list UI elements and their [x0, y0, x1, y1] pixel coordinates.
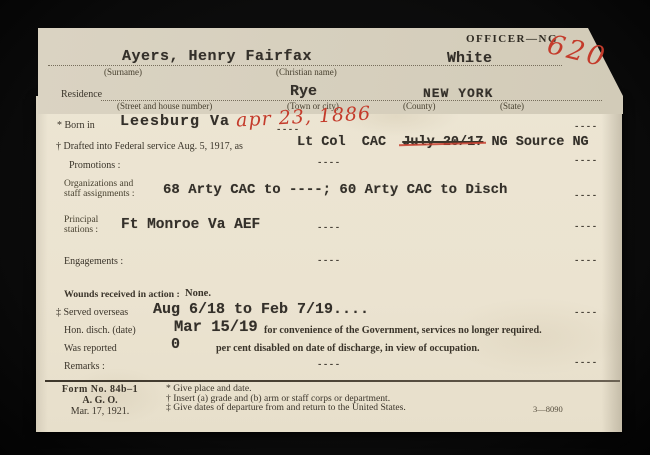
residence-label: Residence — [61, 89, 102, 100]
born-in-place-value: Leesburg Va — [120, 113, 230, 130]
engagements-label: Engagements : — [64, 256, 123, 267]
dash-mark: ---- — [574, 256, 598, 266]
race-value: White — [447, 50, 492, 67]
street-label: (Street and house number) — [117, 101, 212, 111]
christian-name-label: (Christian name) — [276, 67, 337, 77]
principal-stations-label-line1: Principal — [64, 215, 98, 225]
served-overseas-label: ‡ Served overseas — [56, 307, 128, 318]
drafted-grade: Lt Col CAC — [297, 135, 402, 150]
dash-mark: ---- — [574, 222, 598, 232]
dash-mark: ---- — [317, 223, 341, 233]
dash-mark: ---- — [574, 308, 598, 318]
dash-mark: ---- — [574, 156, 598, 166]
wounds-label: Wounds received in action : — [64, 289, 180, 300]
served-overseas-value: Aug 6/18 to Feb 7/19.... — [153, 301, 369, 318]
dash-mark: ---- — [574, 122, 598, 132]
residence-town-value: Rye — [290, 83, 317, 100]
county-label: (County) — [403, 101, 436, 111]
organizations-value: 68 Arty CAC to ----; 60 Arty CAC to Disc… — [163, 182, 507, 198]
surname-label: (Surname) — [104, 67, 142, 77]
form-date: Mar. 17, 1921. — [48, 406, 152, 417]
born-in-label: * Born in — [57, 120, 95, 131]
drafted-value: Lt Col CAC July 20/17 NG Source NG — [297, 135, 589, 150]
classification-heading: OFFICER—NG — [466, 33, 558, 45]
remarks-label: Remarks : — [64, 361, 105, 372]
drafted-source: NG Source NG — [483, 135, 588, 150]
organizations-label-line1: Organizations and — [64, 179, 133, 189]
principal-stations-label-line2: stations : — [64, 225, 98, 235]
organizations-label-line2: staff assignments : — [64, 189, 135, 199]
name-value: Ayers, Henry Fairfax — [122, 48, 312, 65]
dash-mark: ---- — [276, 125, 300, 135]
wounds-value: None. — [185, 288, 211, 299]
footnote-3: ‡ Give dates of departure from and retur… — [166, 402, 406, 413]
was-reported-value: 0 — [171, 336, 180, 353]
dash-mark: ---- — [317, 256, 341, 266]
scanned-service-card-photo: OFFICER—NG Ayers, Henry Fairfax White 62… — [0, 0, 650, 455]
dash-mark: ---- — [317, 360, 341, 370]
state-label: (State) — [500, 101, 524, 111]
dash-mark: ---- — [574, 191, 598, 201]
dash-mark: ---- — [574, 358, 598, 368]
promotions-label: Promotions : — [69, 160, 120, 171]
residence-county-value: NEW YORK — [423, 86, 493, 101]
footer-form-block: Form No. 84b–1 A. G. O. Mar. 17, 1921. — [48, 384, 152, 417]
drafted-struck-date: July 20/17 — [402, 135, 483, 150]
form-office: A. G. O. — [48, 395, 152, 406]
principal-stations-value: Ft Monroe Va AEF — [121, 217, 260, 233]
footer-divider-line — [45, 380, 620, 382]
hon-disch-note: for convenience of the Government, servi… — [264, 325, 542, 336]
print-code: 3—8090 — [533, 404, 563, 414]
hon-disch-value: Mar 15/19 — [174, 318, 258, 336]
was-reported-note: per cent disabled on date of discharge, … — [216, 343, 480, 354]
form-number: Form No. 84b–1 — [48, 384, 152, 395]
was-reported-label: Was reported — [64, 343, 117, 354]
drafted-label: † Drafted into Federal service Aug. 5, 1… — [56, 141, 243, 152]
hon-disch-label: Hon. disch. (date) — [64, 325, 136, 336]
dash-mark: ---- — [317, 158, 341, 168]
